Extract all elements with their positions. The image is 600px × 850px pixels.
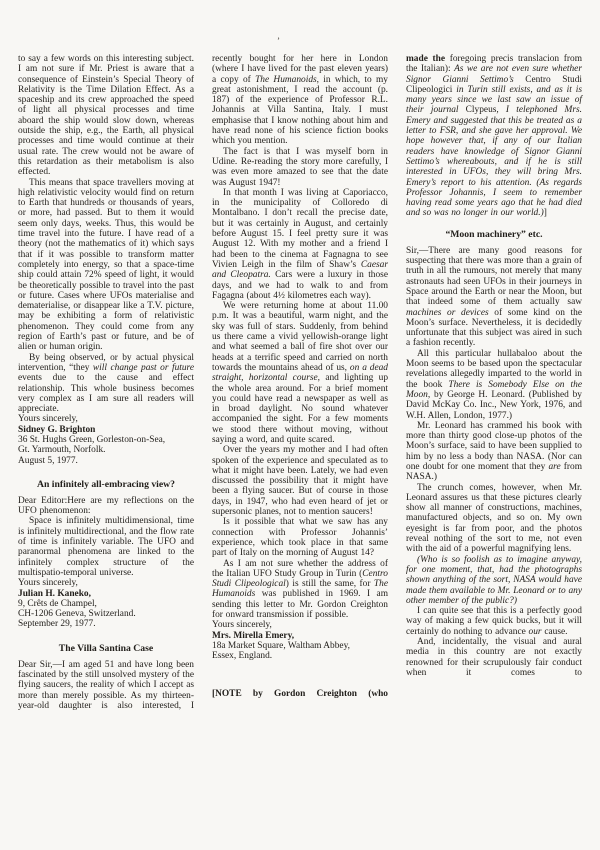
text-run: ] — [544, 208, 547, 218]
text-run: In that month I was living at Caporiacco… — [212, 188, 388, 270]
text-run: Clypeus — [466, 105, 497, 115]
letters-columns: to say a few words on this interesting s… — [18, 54, 582, 711]
paragraph: [NOTE by Gordon Creighton (who — [212, 689, 388, 699]
paragraph: made the foregoing precis translacion fr… — [406, 54, 582, 219]
text-run: And, incidentally, the visual and aural … — [406, 637, 582, 678]
signature-name: Mrs. Mirella Emery, — [212, 631, 388, 641]
text-run: (Who is so foolish as to imagine anyway,… — [406, 555, 582, 606]
signature-line: 18a Market Square, Waltham Abbey, — [212, 641, 388, 651]
signature-block: Yours sincerely,Sidney G. Brighton36 St.… — [18, 414, 194, 465]
paragraph: In that month I was living at Caporiacco… — [212, 188, 388, 301]
text-run: made the — [406, 54, 445, 64]
signature-name: Julian H. Kaneko, — [18, 589, 194, 599]
signature-name: Sidney G. Brighton — [18, 425, 194, 435]
text-run: Is it possible that what we saw has any … — [212, 517, 388, 558]
paragraph: Is it possible that what we saw has any … — [212, 517, 388, 558]
paragraph: Over the years my mother and I had often… — [212, 445, 388, 517]
text-run: Dear Editor:Here are my reflections on t… — [18, 496, 194, 516]
signature-line: Gt. Yarmouth, Norfolk. — [18, 445, 194, 455]
paragraph: Sir,—There are many good reasons for sus… — [406, 246, 582, 349]
column-2: recently bought for her here in London (… — [212, 54, 388, 711]
text-run: events due to the cause and effect relat… — [18, 373, 194, 414]
column-3: made the foregoing precis translacion fr… — [406, 54, 582, 711]
signature-line: Yours sincerely, — [18, 414, 194, 424]
text-run: machines or devices — [406, 308, 489, 318]
signature-block: Yours sincerely,Julian H. Kaneko,9, Crêt… — [18, 578, 194, 629]
text-run: by George H. Leonard. (Published by Davi… — [406, 390, 582, 421]
text-run: Over the years my mother and I had often… — [212, 445, 388, 517]
text-run: , I telephoned Mrs. Emery and suggested … — [406, 105, 582, 218]
paragraph: We were returning home at about 11.00 p.… — [212, 301, 388, 445]
letter-heading: “Moon machinery” etc. — [408, 229, 580, 240]
signature-line: 36 St. Hughs Green, Gorleston-on-Sea, — [18, 435, 194, 445]
paragraph: Space is infinitely multidimensional, ti… — [18, 516, 194, 578]
text-run: , and lighting up the whole area around.… — [212, 373, 388, 445]
text-run: to say a few words on this interesting s… — [18, 54, 194, 177]
signature-line: August 5, 1977. — [18, 456, 194, 466]
text-run: Space is infinitely multidimensional, ti… — [18, 516, 194, 577]
text-run: Sir,—There are many good reasons for sus… — [406, 246, 582, 307]
signature-line: Yours sincerely, — [18, 578, 194, 588]
paragraph: (Who is so foolish as to imagine anyway,… — [406, 555, 582, 606]
letter-heading: An infinitely all-embracing view? — [20, 479, 192, 490]
text-run: The crunch comes, however, when Mr. Leon… — [406, 483, 582, 555]
text-run: The fact is that I was myself born in Ud… — [212, 147, 388, 188]
signature-line: CH-1206 Geneva, Switzerland. — [18, 609, 194, 619]
text-run: , in which, to my great astonishment, I … — [212, 75, 388, 147]
text-run: are — [548, 462, 560, 472]
signature-block: Yours sincerely,Mrs. Mirella Emery,18a M… — [212, 620, 388, 661]
signature-line: Essex, England. — [212, 651, 388, 661]
print-speck: ’ — [277, 36, 280, 46]
text-run: The Humanoids — [255, 75, 317, 85]
paragraph: to say a few words on this interesting s… — [18, 54, 194, 178]
paragraph: And, incidentally, the visual and aural … — [406, 637, 582, 678]
signature-line: 9, Crêts de Champel, — [18, 599, 194, 609]
paragraph: recently bought for her here in London (… — [212, 54, 388, 147]
paragraph: Dear Editor:Here are my reflections on t… — [18, 496, 194, 517]
signature-line: September 29, 1977. — [18, 619, 194, 629]
paragraph: All this particular hullabaloo about the… — [406, 349, 582, 421]
paragraph: The fact is that I was myself born in Ud… — [212, 147, 388, 188]
text-run: cause. — [542, 627, 568, 637]
column-1: to say a few words on this interesting s… — [18, 54, 194, 711]
text-run: will change past or future — [93, 363, 194, 373]
paragraph: The crunch comes, however, when Mr. Leon… — [406, 483, 582, 555]
paragraph: Mr. Leonard has crammed his book with mo… — [406, 421, 582, 483]
text-run: ) is still the same, for — [286, 579, 374, 589]
text-run: [NOTE by Gordon Creighton (who — [212, 689, 388, 699]
paragraph: Dear Sir,—I am aged 51 and have long bee… — [18, 660, 194, 711]
text-run: our — [529, 627, 542, 637]
paragraph: I can quite see that this is a perfectly… — [406, 606, 582, 637]
text-run: This means that space travellers moving … — [18, 178, 194, 353]
paragraph: By being observed, or by actual physical… — [18, 353, 194, 415]
magazine-letters-page: to say a few words on this interesting s… — [0, 0, 600, 850]
paragraph: As I am not sure whether the address of … — [212, 559, 388, 621]
signature-line: Yours sincerely, — [212, 620, 388, 630]
letter-heading: The Villa Santina Case — [20, 643, 192, 654]
paragraph: This means that space travellers moving … — [18, 178, 194, 353]
text-run: Dear Sir,—I am aged 51 and have long bee… — [18, 660, 194, 711]
